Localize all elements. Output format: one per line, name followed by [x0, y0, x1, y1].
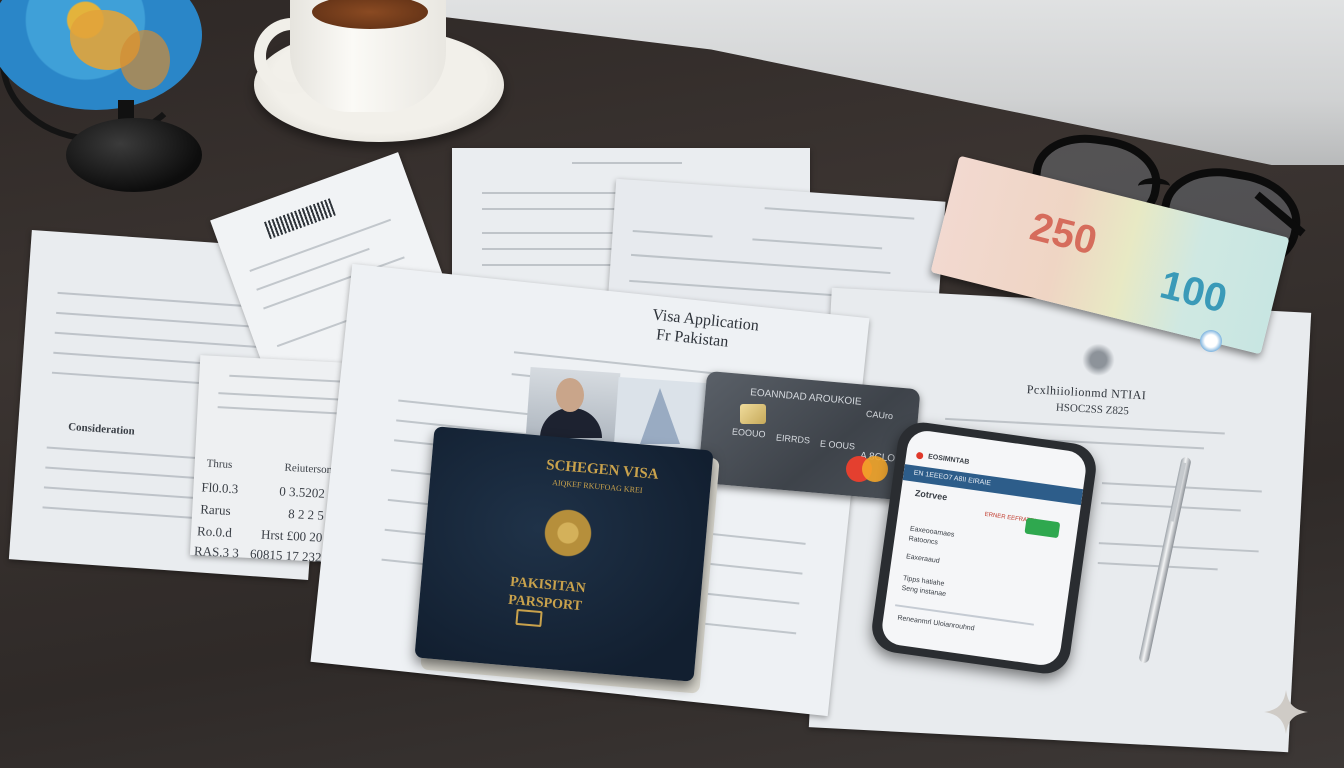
receipt-cell: RAS.3 3 — [194, 543, 240, 561]
phone-section-title: Zotrvee — [914, 488, 948, 502]
phone-screen: EOSIMNTAB EN 1EEEO7 A8II EIRAIE Zotrvee … — [880, 429, 1088, 668]
receipt-cell: Ro.0.d — [197, 523, 232, 541]
phone-confirm-button[interactable] — [1024, 518, 1060, 539]
right-doc-title: Pcxlhiiolionmd NTIAI — [1026, 382, 1146, 403]
crest-icon — [1078, 341, 1120, 379]
left-doc-heading: Consideration — [68, 421, 135, 438]
phone-app-title: EOSIMNTAB — [928, 453, 970, 466]
hologram-icon — [1200, 330, 1222, 352]
record-icon — [916, 452, 924, 460]
biometric-chip-icon — [515, 609, 542, 627]
receipt-cell: Thrus — [206, 458, 232, 471]
globe-landmass — [120, 30, 170, 90]
globe-base — [66, 118, 202, 192]
eiffel-tower-icon — [640, 388, 680, 444]
photo-person-head — [556, 378, 584, 412]
receipt-cell: Reiuterson — [284, 462, 332, 476]
card-chip-icon — [740, 404, 766, 424]
phone-header-text: EN 1EEEO7 A8II EIRAIE — [913, 470, 991, 488]
sparkle-icon — [1262, 688, 1310, 736]
mastercard-logo-icon — [862, 456, 888, 482]
phone-list-item[interactable]: Ratooncs — [908, 535, 938, 546]
phone-list-item[interactable]: Reneanmrl Uloianrouhnd — [897, 615, 975, 633]
phone-list-item[interactable]: Eaxeraaud — [906, 553, 941, 565]
coat-of-arms-icon — [530, 500, 606, 566]
receipt-cell: Fl0.0.3 — [201, 479, 239, 497]
barcode — [264, 198, 336, 239]
window-sill — [440, 0, 1344, 165]
receipt-cell: Hrst £00 20 — [261, 527, 323, 546]
receipt-cell: Rarus — [200, 501, 231, 519]
glasses-bridge — [1138, 178, 1170, 194]
right-doc-subtitle: HSOC2SS Z825 — [1056, 402, 1130, 418]
